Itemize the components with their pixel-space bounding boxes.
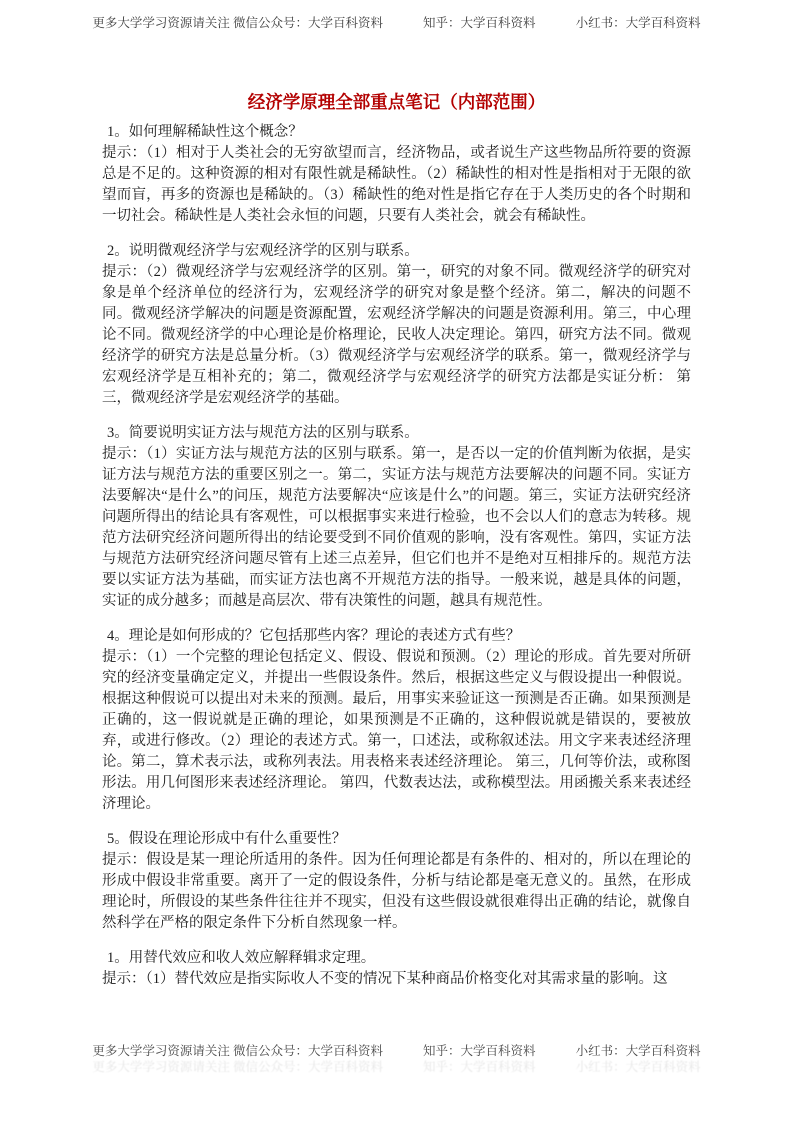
answer-text: 提示：（2）微观经济学与宏观经济学的区别。第一，研究的对象不同。微观经济学的研究… (102, 262, 691, 409)
qa-section-1: 1。如何理解稀缺性这个概念？ 提示：（1）相对于人类社会的无穷欲望而言，经济物品… (102, 122, 691, 227)
document-page: 更多大学学习资源请关注 微信公众号：大学百科资料 知乎：大学百科资料 小红书：大… (0, 0, 793, 1122)
page-header: 更多大学学习资源请关注 微信公众号：大学百科资料 知乎：大学百科资料 小红书：大… (0, 14, 793, 32)
answer-text: 提示：（1）替代效应是指实际收人不变的情况下某种商品价格变化对其需求量的影响。这 (102, 969, 691, 990)
document-body: 1。如何理解稀缺性这个概念？ 提示：（1）相对于人类社会的无穷欲望而言，经济物品… (102, 122, 691, 1004)
qa-section-5: 5。假设在理论形成中有什么重要性？ 提示：假设是某一理论所适用的条件。因为任何理… (102, 829, 691, 934)
question-text: 3。简要说明实证方法与规范方法的区别与联系。 (102, 423, 691, 444)
qa-section-4: 4。理论是如何形成的？它包括那些内客？理论的表述方式有些？ 提示：（1）一个完整… (102, 626, 691, 815)
answer-text: 提示：（1）一个完整的理论包括定义、假设、假说和预测。（2）理论的形成。首先要对… (102, 647, 691, 815)
header-wechat-text: 更多大学学习资源请关注 微信公众号：大学百科资料 (92, 14, 383, 32)
header-zhihu-text: 知乎：大学百科资料 (423, 14, 536, 32)
footer-bleedthrough-ghost: 更多大学学习资源请关注 微信公众号：大学百科资料 知乎：大学百科资料 小红书：大… (0, 1058, 793, 1076)
answer-text: 提示：假设是某一理论所适用的条件。因为任何理论都是有条件的、相对的，所以在理论的… (102, 850, 691, 934)
qa-section-3: 3。简要说明实证方法与规范方法的区别与联系。 提示：（1）实证方法与规范方法的区… (102, 423, 691, 612)
qa-section-2: 2。说明微观经济学与宏观经济学的区别与联系。 提示：（2）微观经济学与宏观经济学… (102, 241, 691, 409)
question-text: 4。理论是如何形成的？它包括那些内客？理论的表述方式有些？ (102, 626, 691, 647)
question-text: 2。说明微观经济学与宏观经济学的区别与联系。 (102, 241, 691, 262)
question-text: 1。用替代效应和收人效应解释辑求定理。 (102, 948, 691, 969)
header-xiaohongshu-text: 小红书：大学百科资料 (576, 14, 701, 32)
answer-text: 提示：（1）相对于人类社会的无穷欲望而言，经济物品，或者说生产这些物品所符要的资… (102, 143, 691, 227)
question-text: 1。如何理解稀缺性这个概念？ (102, 122, 691, 143)
question-text: 5。假设在理论形成中有什么重要性？ (102, 829, 691, 850)
qa-section-6: 1。用替代效应和收人效应解释辑求定理。 提示：（1）替代效应是指实际收人不变的情… (102, 948, 691, 990)
document-title: 经济学原理全部重点笔记（内部范围） (0, 90, 793, 114)
answer-text: 提示：（1）实证方法与规范方法的区别与联系。第一，是否以一定的价值判断为依据，是… (102, 444, 691, 612)
